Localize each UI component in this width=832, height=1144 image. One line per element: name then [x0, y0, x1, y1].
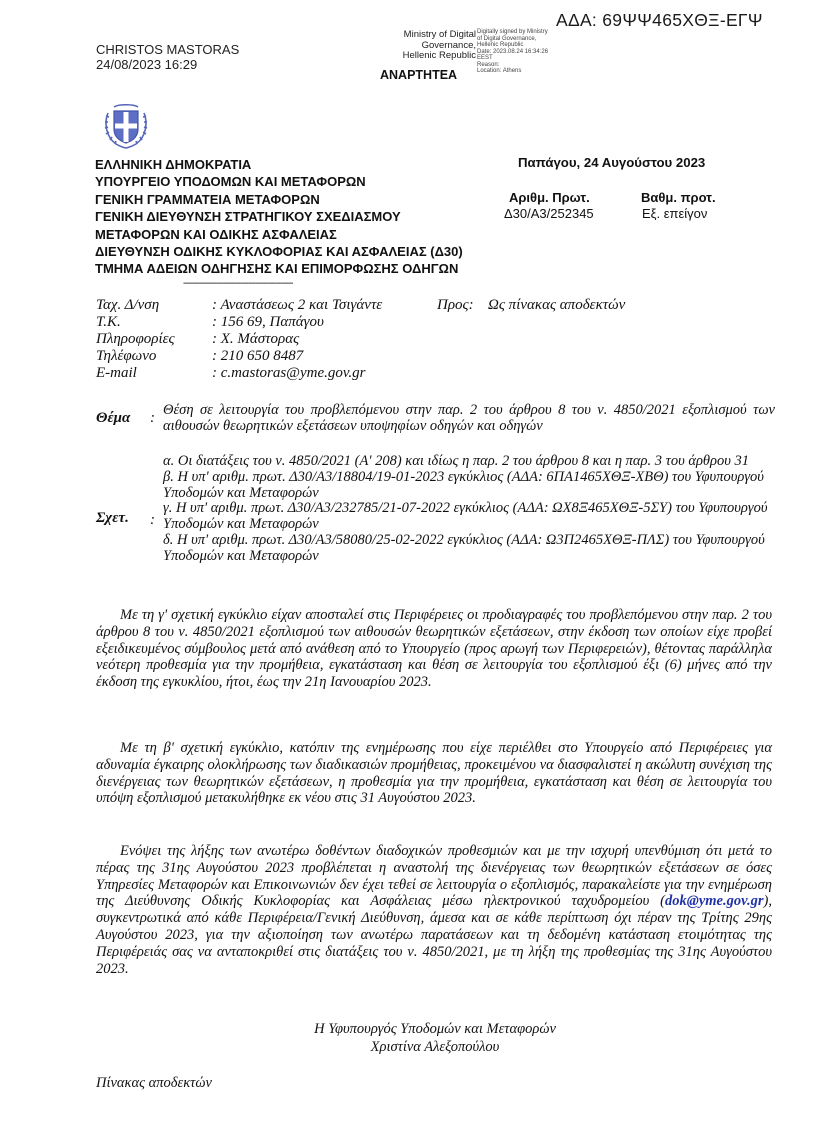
reference-item-b: β. Η υπ' αριθμ. πρωτ. Δ30/Α3/18804/19-01…	[163, 470, 775, 502]
contact-label-info: Πληροφορίες	[96, 331, 175, 348]
ada-number: ΑΔΑ: 69ΨΨ465ΧΘΞ-ΕΓΨ	[556, 10, 763, 31]
ministry-line: Hellenic Republic	[392, 51, 476, 62]
signer-stamp: CHRISTOS MASTORAS 24/08/2023 16:29	[96, 42, 239, 72]
publish-stamp: ΑΝΑΡΤΗΤΕΑ	[380, 68, 457, 82]
contact-label-postcode: Τ.Κ.	[96, 314, 175, 331]
greek-coat-of-arms-icon	[100, 99, 152, 151]
contact-labels: Ταχ. Δ/νση Τ.Κ. Πληροφορίες Τηλέφωνο E-m…	[96, 297, 175, 382]
protocol-label: Αριθμ. Πρωτ.	[509, 190, 590, 205]
paragraph-text: Ενόψει της λήξης των ανωτέρω δοθέντων δι…	[96, 843, 772, 977]
priority-label: Βαθμ. προτ.	[641, 190, 716, 205]
reference-item-d: δ. Η υπ' αριθμ. πρωτ. Δ30/Α3/58080/25-02…	[163, 533, 775, 565]
subject-colon: :	[150, 410, 155, 427]
signer-datetime: 24/08/2023 16:29	[96, 57, 239, 72]
separator-line: ----------------------------------------…	[183, 278, 463, 290]
org-line-department: ΤΜΗΜΑ ΑΔΕΙΩΝ ΟΔΗΓΗΣΗΣ ΚΑΙ ΕΠΙΜΟΡΦΩΣΗΣ ΟΔ…	[95, 260, 463, 277]
signatory-title: Η Υφυπουργός Υποδομών και Μεταφορών	[285, 1021, 585, 1038]
references-label: Σχετ.	[96, 510, 129, 527]
contact-label-address: Ταχ. Δ/νση	[96, 297, 175, 314]
contact-value-phone: : 210 650 8487	[212, 348, 382, 365]
signatory-name: Χριστίνα Αλεξοπούλου	[285, 1039, 585, 1056]
protocol-number: Δ30/Α3/252345	[504, 206, 594, 221]
org-line-ministry: ΥΠΟΥΡΓΕΙΟ ΥΠΟΔΟΜΩΝ ΚΑΙ ΜΕΤΑΦΟΡΩΝ	[95, 173, 463, 190]
references-colon: :	[150, 512, 155, 529]
contact-value-info: : Χ. Μάστορας	[212, 331, 382, 348]
org-line-directorate: ΔΙΕΥΘΥΝΣΗ ΟΔΙΚΗΣ ΚΥΚΛΟΦΟΡΙΑΣ ΚΑΙ ΑΣΦΑΛΕΙ…	[95, 243, 463, 260]
org-line-directorate-general-cont: ΜΕΤΑΦΟΡΩΝ ΚΑΙ ΟΔΙΚΗΣ ΑΣΦΑΛΕΙΑΣ	[95, 226, 463, 243]
signer-name: CHRISTOS MASTORAS	[96, 42, 239, 57]
org-line-secretariat: ΓΕΝΙΚΗ ΓΡΑΜΜΑΤΕΙΑ ΜΕΤΑΦΟΡΩΝ	[95, 191, 463, 208]
contact-value-postcode: : 156 69, Παπάγου	[212, 314, 382, 331]
to-label: Προς:	[437, 297, 474, 314]
paragraph-text: Με τη β' σχετική εγκύκλιο, κατόπιν της ε…	[96, 740, 772, 807]
recipients-heading: Πίνακας αποδεκτών	[96, 1075, 212, 1092]
body-paragraph-2: Με τη β' σχετική εγκύκλιο, κατόπιν της ε…	[96, 740, 772, 807]
priority-value: Εξ. επείγον	[642, 206, 707, 221]
org-line-directorate-general: ΓΕΝΙΚΗ ΔΙΕΥΘΥΝΣΗ ΣΤΡΑΤΗΓΙΚΟΥ ΣΧΕΔΙΑΣΜΟΥ	[95, 208, 463, 225]
ministry-line: Ministry of Digital	[392, 30, 476, 41]
contact-label-phone: Τηλέφωνο	[96, 348, 175, 365]
body-paragraph-1: Με τη γ' σχετική εγκύκλιο είχαν αποσταλε…	[96, 607, 772, 691]
references-list: α. Οι διατάξεις του ν. 4850/2021 (Α' 208…	[163, 454, 775, 565]
contact-value-address: : Αναστάσεως 2 και Τσιγάντε	[212, 297, 382, 314]
subject-text: Θέση σε λειτουργία του προβλεπόμενου στη…	[163, 402, 775, 434]
to-value: Ως πίνακας αποδεκτών	[488, 297, 625, 314]
subject-label: Θέμα	[96, 410, 130, 427]
body-paragraph-3: Ενόψει της λήξης των ανωτέρω δοθέντων δι…	[96, 843, 772, 977]
contact-label-email: E-mail	[96, 365, 175, 382]
contact-values: : Αναστάσεως 2 και Τσιγάντε : 156 69, Πα…	[212, 297, 382, 382]
reference-item-c: γ. Η υπ' αριθμ. πρωτ. Δ30/Α3/232785/21-0…	[163, 501, 775, 533]
signature-line: Location: Athens	[477, 68, 549, 75]
reference-item-a: α. Οι διατάξεις του ν. 4850/2021 (Α' 208…	[163, 454, 775, 470]
contact-email-link[interactable]: dok@yme.gov.gr	[665, 893, 764, 909]
place-date: Παπάγου, 24 Αυγούστου 2023	[518, 155, 705, 170]
contact-value-email: : c.mastoras@yme.gov.gr	[212, 365, 382, 382]
org-line-republic: ΕΛΛΗΝΙΚΗ ΔΗΜΟΚΡΑΤΙΑ	[95, 156, 463, 173]
organization-header: ΕΛΛΗΝΙΚΗ ΔΗΜΟΚΡΑΤΙΑ ΥΠΟΥΡΓΕΙΟ ΥΠΟΔΟΜΩΝ Κ…	[95, 156, 463, 290]
digital-signature-details: Digitally signed by Ministry of Digital …	[477, 29, 549, 75]
signature-line: Digitally signed by Ministry	[477, 29, 549, 36]
digital-ministry-label: Ministry of Digital Governance, Hellenic…	[392, 30, 476, 62]
paragraph-text: Με τη γ' σχετική εγκύκλιο είχαν αποσταλε…	[96, 607, 772, 691]
